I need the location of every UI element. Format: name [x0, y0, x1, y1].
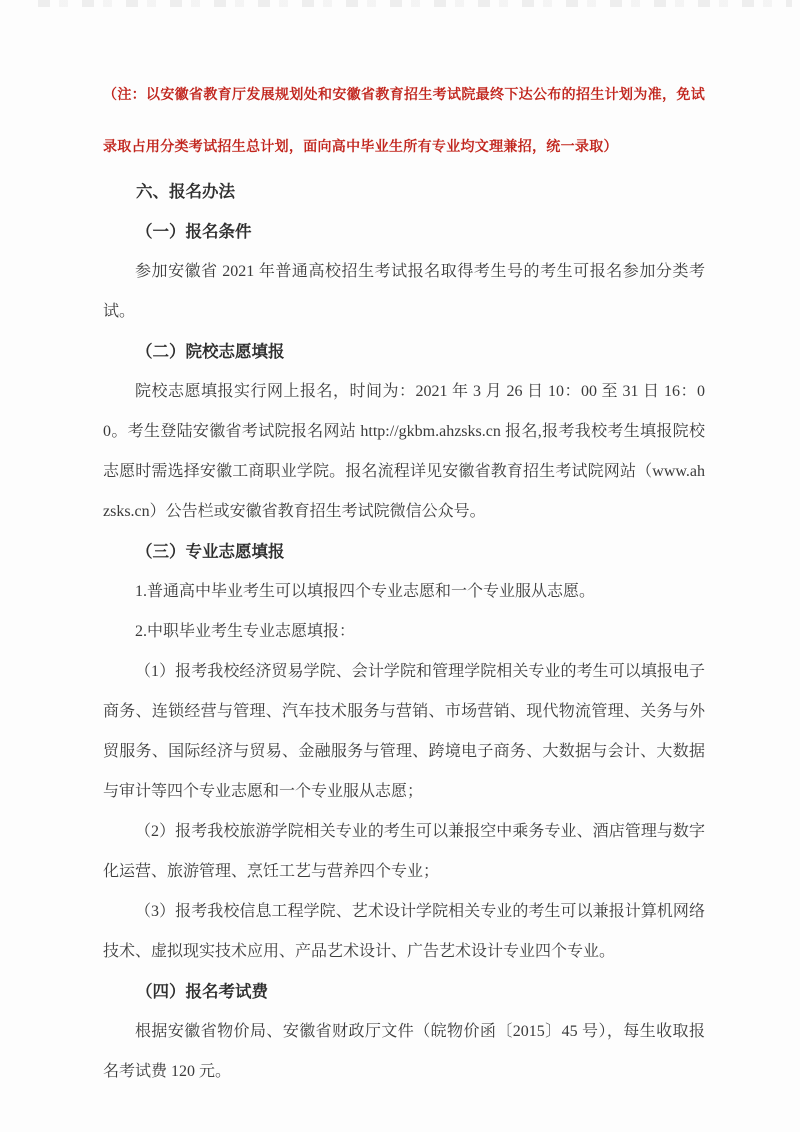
document-page: （注：以安徽省教育厅发展规划处和安徽省教育招生考试院最终下达公布的招生计划为准，…: [0, 0, 800, 1132]
scan-artifact-top: [38, 0, 792, 7]
section-title-college-application: （二）院校志愿填报: [103, 332, 705, 372]
paragraph-major-item-2: （2）报考我校旅游学院相关专业的考生可以兼报空中乘务专业、酒店管理与数字化运营、…: [103, 812, 705, 892]
paragraph-registration-conditions: 参加安徽省 2021 年普通高校招生考试报名取得考生号的考生可报名参加分类考试。: [103, 252, 705, 332]
paragraph-major-highschool: 1.普通高中毕业考生可以填报四个专业志愿和一个专业服从志愿。: [103, 572, 705, 612]
document-body: 六、报名办法 （一）报名条件 参加安徽省 2021 年普通高校招生考试报名取得考…: [103, 172, 705, 1092]
paragraph-exam-fee: 根据安徽省物价局、安徽省财政厅文件（皖物价函〔2015〕45 号），每生收取报名…: [103, 1012, 705, 1092]
section-title-exam-fee: （四）报名考试费: [103, 972, 705, 1012]
section-title-major-application: （三）专业志愿填报: [103, 532, 705, 572]
paragraph-major-item-1: （1）报考我校经济贸易学院、会计学院和管理学院相关专业的考生可以填报电子商务、连…: [103, 652, 705, 812]
section-title-registration-conditions: （一）报名条件: [103, 212, 705, 252]
paragraph-college-application: 院校志愿填报实行网上报名，时间为：2021 年 3 月 26 日 10：00 至…: [103, 372, 705, 532]
paragraph-major-item-3: （3）报考我校信息工程学院、艺术设计学院相关专业的考生可以兼报计算机网络技术、虚…: [103, 892, 705, 972]
paragraph-major-vocational: 2.中职毕业考生专业志愿填报：: [103, 612, 705, 652]
plan-note-red: （注：以安徽省教育厅发展规划处和安徽省教育招生考试院最终下达公布的招生计划为准，…: [103, 70, 705, 174]
heading-registration-method: 六、报名办法: [103, 172, 705, 212]
